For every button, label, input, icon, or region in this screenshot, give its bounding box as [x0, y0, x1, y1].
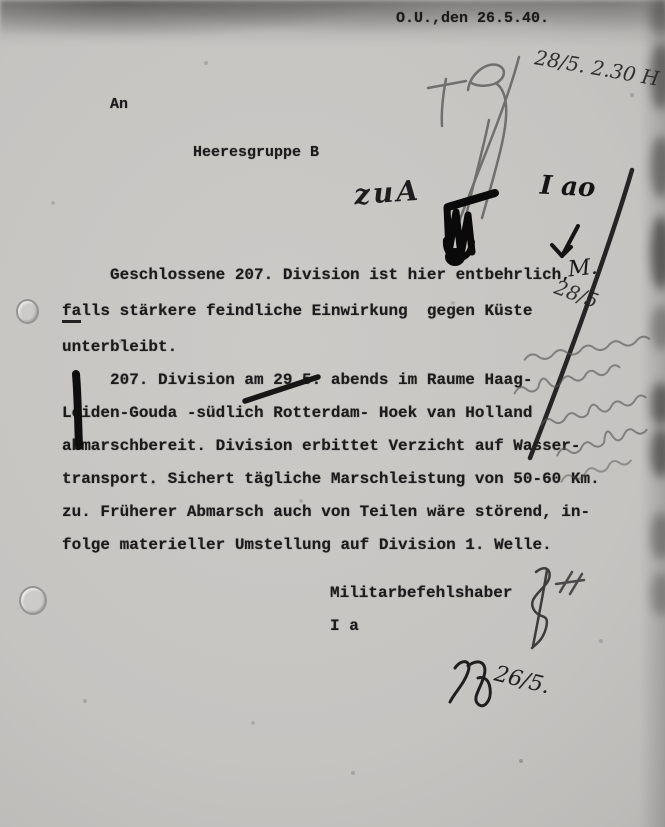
- paper-speckles: [0, 0, 2, 2]
- document-page: O.U.,den 26.5.40. An Heeresgruppe B Gesc…: [0, 0, 665, 827]
- paragraph-1: Geschlossene 207. Division ist hier entb…: [62, 257, 647, 365]
- binding-smudge: [651, 0, 665, 36]
- annotation-zua: zuA: [353, 174, 422, 212]
- scan-top-shadow: [0, 0, 665, 46]
- binding-smudge: [651, 382, 665, 426]
- body-line: folge materieller Umstellung auf Divisio…: [62, 529, 647, 562]
- binding-smudge: [651, 572, 665, 616]
- signature-title: Militarbefehlshaber: [330, 577, 512, 610]
- paragraph-2: 207. Division am 29.5. abends im Raume H…: [62, 364, 647, 562]
- annotation-iao: I ao: [539, 171, 596, 204]
- signature-department: I a: [330, 610, 359, 643]
- body-line: transport. Sichert tägliche Marschleistu…: [62, 463, 647, 496]
- binding-smudge: [651, 306, 665, 350]
- bottom-initial-squiggle: [450, 662, 490, 706]
- body-line: unterbleibt.: [62, 329, 647, 365]
- annotation-margin-initial: M.: [567, 255, 599, 283]
- down-arrow: [552, 226, 578, 256]
- binding-smudge: [651, 136, 665, 198]
- body-line: zu. Früherer Abmarsch auch von Teilen wä…: [62, 496, 647, 529]
- binding-smudge: [651, 428, 665, 478]
- body-line: Leiden-Gouda -südlich Rotterdam- Hoek va…: [62, 397, 647, 430]
- binding-smudge: [651, 216, 665, 290]
- body-line-rest: lls stärkere feindliche Einwirkung gegen…: [81, 302, 532, 320]
- annotation-bottom-date: 26/5.: [492, 662, 553, 700]
- body-line: 207. Division am 29.5. abends im Raume H…: [62, 364, 647, 397]
- annotation-received-date: 28/5. 2.30 H: [533, 45, 661, 91]
- punch-hole-top: [16, 299, 39, 324]
- dateline: O.U.,den 26.5.40.: [396, 9, 549, 29]
- body-line: abmarschbereit. Division erbittet Verzic…: [62, 430, 647, 463]
- crayon-scribble: [445, 193, 495, 266]
- pencil-scribble: [428, 57, 519, 230]
- punch-hole-bottom: [19, 586, 47, 615]
- signature-squiggle: [532, 568, 550, 648]
- salutation: An: [110, 95, 128, 115]
- binding-smudge: [651, 512, 665, 560]
- recipient: Heeresgruppe B: [193, 143, 319, 163]
- underlined-word-part: fa: [62, 302, 81, 323]
- double-tick-mark: [556, 572, 584, 594]
